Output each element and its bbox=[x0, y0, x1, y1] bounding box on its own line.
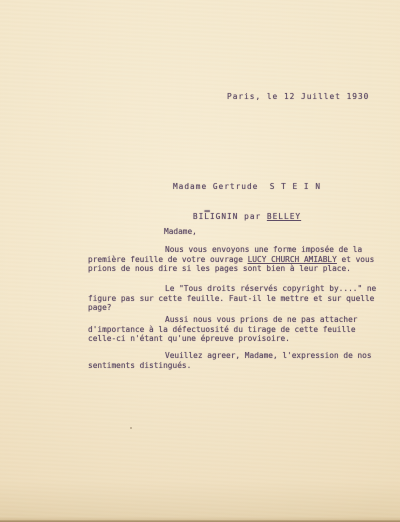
closing-paragraph: Veuillez agreer, Madame, l'expression de… bbox=[88, 351, 384, 370]
book-title: LUCY CHURCH AMIABLY bbox=[248, 255, 337, 264]
paragraph-2-line-2: figure pas sur cette feuille. Faut-il le… bbox=[88, 294, 384, 304]
paragraph-3-line-1: Aussi nous vous prions de ne pas attache… bbox=[88, 315, 384, 325]
paragraph-1-line-1: Nous vous envoyons une forme imposée de … bbox=[88, 245, 384, 255]
paragraph-2: Le "Tous droits réservés copyright by...… bbox=[88, 284, 384, 313]
recipient-name-line: Madame Gertrude S T E I N bbox=[140, 182, 354, 192]
paragraph-1-line-3: prions de nous dire si les pages sont bi… bbox=[88, 264, 384, 274]
letter-page: Paris, le 12 Juillet 1930 Madame Gertrud… bbox=[0, 0, 400, 522]
paragraph-1: Nous vous envoyons une forme imposée de … bbox=[88, 245, 384, 274]
recipient-address-place: BELLEY bbox=[267, 212, 301, 221]
typed-dash-mark: - bbox=[202, 203, 212, 218]
paper-speck bbox=[130, 427, 132, 429]
paragraph-3: Aussi nous vous prions de ne pas attache… bbox=[88, 315, 384, 344]
salutation: Madame, bbox=[164, 227, 197, 237]
paragraph-2-line-1: Le "Tous droits réservés copyright by...… bbox=[88, 284, 384, 294]
paragraph-3-line-2: d'importance à la défectuosité du tirage… bbox=[88, 325, 384, 335]
paragraph-1-line-2-text: première feuille de votre ouvrage bbox=[88, 255, 248, 264]
closing-line-2: sentiments distingués. bbox=[88, 361, 384, 371]
paragraph-2-line-3: page? bbox=[88, 303, 384, 313]
recipient-address-line: BILIGNIN par BELLEY bbox=[140, 212, 354, 222]
paragraph-3-line-3: celle-ci n'étant qu'une épreuve provisoi… bbox=[88, 334, 384, 344]
closing-line-1: Veuillez agreer, Madame, l'expression de… bbox=[88, 351, 384, 361]
paragraph-1-line-2-tail: et vous bbox=[337, 255, 375, 264]
paragraph-1-line-2: première feuille de votre ouvrage LUCY C… bbox=[88, 255, 384, 265]
date-line: Paris, le 12 Juillet 1930 bbox=[227, 92, 369, 102]
